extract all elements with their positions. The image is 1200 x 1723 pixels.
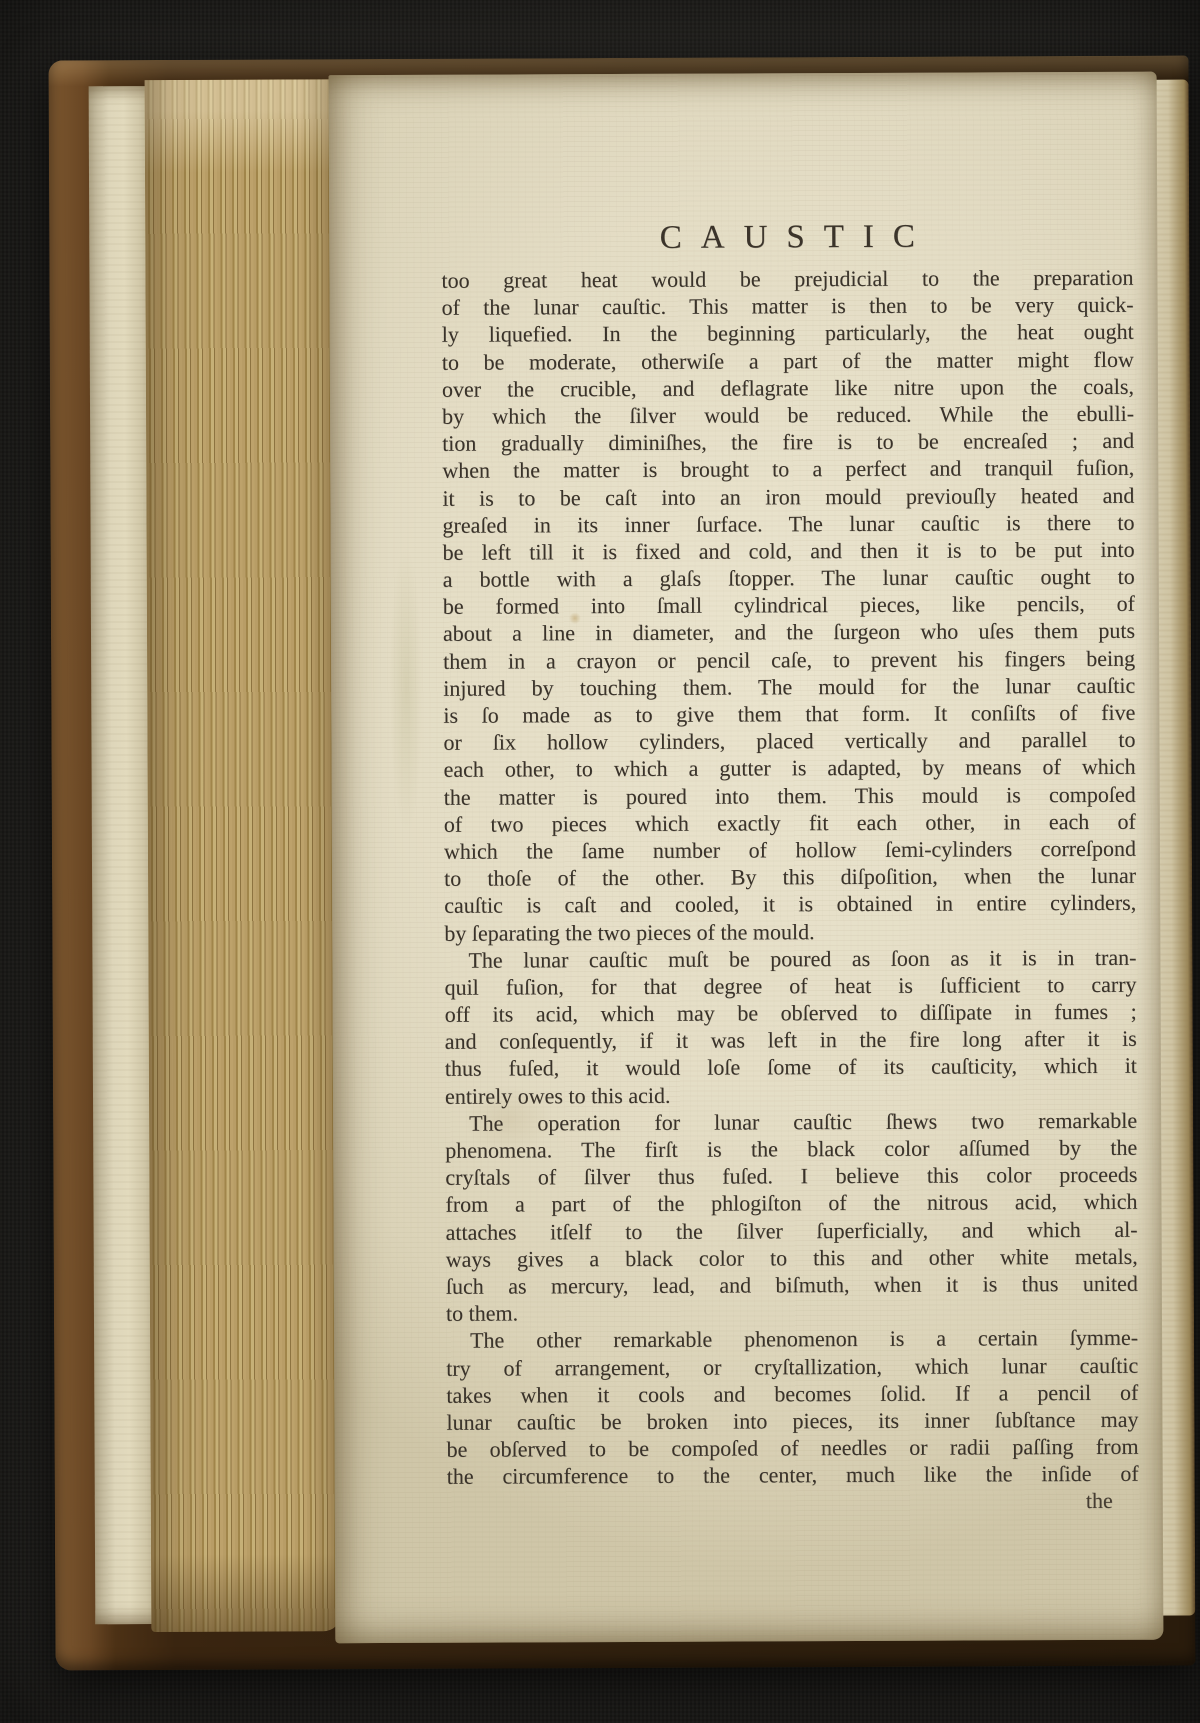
text-line: ways gives a black color to this and oth… <box>446 1243 1138 1273</box>
text-line: attaches itſelf to the ſilver ſuperficia… <box>446 1215 1138 1245</box>
text-line: ſuch as mercury, lead, and biſmuth, when… <box>446 1270 1138 1300</box>
text-line: cauſtic is caſt and cooled, it is obtain… <box>444 889 1136 919</box>
text-line: be obſerved to be compoſed of needles or… <box>446 1433 1138 1463</box>
text-line: injured by touching them. The mould for … <box>443 672 1135 702</box>
text-line: be formed into ſmall cylindrical pieces,… <box>443 590 1135 620</box>
text-line: the circumference to the center, much li… <box>447 1460 1139 1490</box>
text-line: over the crucible, and deflagrate like n… <box>442 373 1134 403</box>
text-line: it is to be caſt into an iron mould prev… <box>442 481 1134 511</box>
text-line: by ſeparating the two pieces of the moul… <box>444 916 1136 946</box>
page-fore-edges <box>145 79 342 1632</box>
text-line: of two pieces which exactly fit each oth… <box>444 808 1136 838</box>
text-line: the matter is poured into them. This mou… <box>444 780 1136 810</box>
text-line: or ſix hollow cylinders, placed vertical… <box>443 726 1135 756</box>
text-line: to be moderate, otherwiſe a part of the … <box>442 345 1134 375</box>
text-line: entirely owes to this acid. <box>445 1079 1137 1109</box>
text-line: greaſed in its inner ſurface. The lunar … <box>442 508 1134 538</box>
text-line: ly liquefied. In the beginning particula… <box>442 318 1134 348</box>
text-block: CAUSTIC too great heat would be prejudic… <box>441 218 1139 1518</box>
text-line: try of arrangement, or cryſtallization, … <box>446 1351 1138 1381</box>
flyleaf-edge <box>89 86 154 1624</box>
text-line: from a part of the phlogiſton of the nit… <box>445 1188 1137 1218</box>
text-line: a bottle with a glaſs ſtopper. The lunar… <box>443 563 1135 593</box>
text-line: and conſequently, if it was left in the … <box>445 1025 1137 1055</box>
photo-background: CAUSTIC too great heat would be prejudic… <box>0 0 1200 1723</box>
text-line: The operation for lunar cauſtic ſhews tw… <box>445 1107 1137 1137</box>
text-line: to them. <box>446 1297 1138 1327</box>
text-line: The other remarkable phenomenon is a cer… <box>446 1324 1138 1354</box>
text-line: is ſo made as to give them that form. It… <box>443 699 1135 729</box>
page-header: CAUSTIC <box>441 218 1133 267</box>
text-line: The lunar cauſtic muſt be poured as ſoon… <box>444 943 1136 973</box>
text-line: off its acid, which may be obſerved to d… <box>445 998 1137 1028</box>
text-line: takes when it cools and becomes ſolid. I… <box>446 1378 1138 1408</box>
text-line: about a line in diameter, and the ſurgeo… <box>443 617 1135 647</box>
text-line: phenomena. The firſt is the black color … <box>445 1134 1137 1164</box>
text-lines: too great heat would be prejudicial to t… <box>441 264 1138 1490</box>
text-line: them in a crayon or pencil caſe, to prev… <box>443 644 1135 674</box>
text-line: by which the ſilver would be reduced. Wh… <box>442 400 1134 430</box>
text-line: be left till it is fixed and cold, and t… <box>443 536 1135 566</box>
stain <box>389 545 424 835</box>
text-line: too great heat would be prejudicial to t… <box>441 264 1133 294</box>
text-line: which the ſame number of hollow ſemi-cyl… <box>444 835 1136 865</box>
text-line: of the lunar cauſtic. This matter is the… <box>442 291 1134 321</box>
text-line: each other, to which a gutter is adapted… <box>444 753 1136 783</box>
text-line: quil fuſion, for that degree of heat is … <box>444 971 1136 1001</box>
text-line: thus fuſed, it would loſe ſome of its ca… <box>445 1052 1137 1082</box>
text-line: when the matter is brought to a perfect … <box>442 454 1134 484</box>
text-line: to thoſe of the other. By this diſpoſiti… <box>444 862 1136 892</box>
text-line: tion gradually diminiſhes, the fire is t… <box>442 427 1134 457</box>
text-line: lunar cauſtic be broken into pieces, its… <box>446 1406 1138 1436</box>
catchword: the <box>447 1487 1139 1517</box>
book: CAUSTIC too great heat would be prejudic… <box>48 56 1195 1671</box>
book-page: CAUSTIC too great heat would be prejudic… <box>329 72 1164 1644</box>
text-line: cryſtals of ſilver thus fuſed. I believe… <box>445 1161 1137 1191</box>
